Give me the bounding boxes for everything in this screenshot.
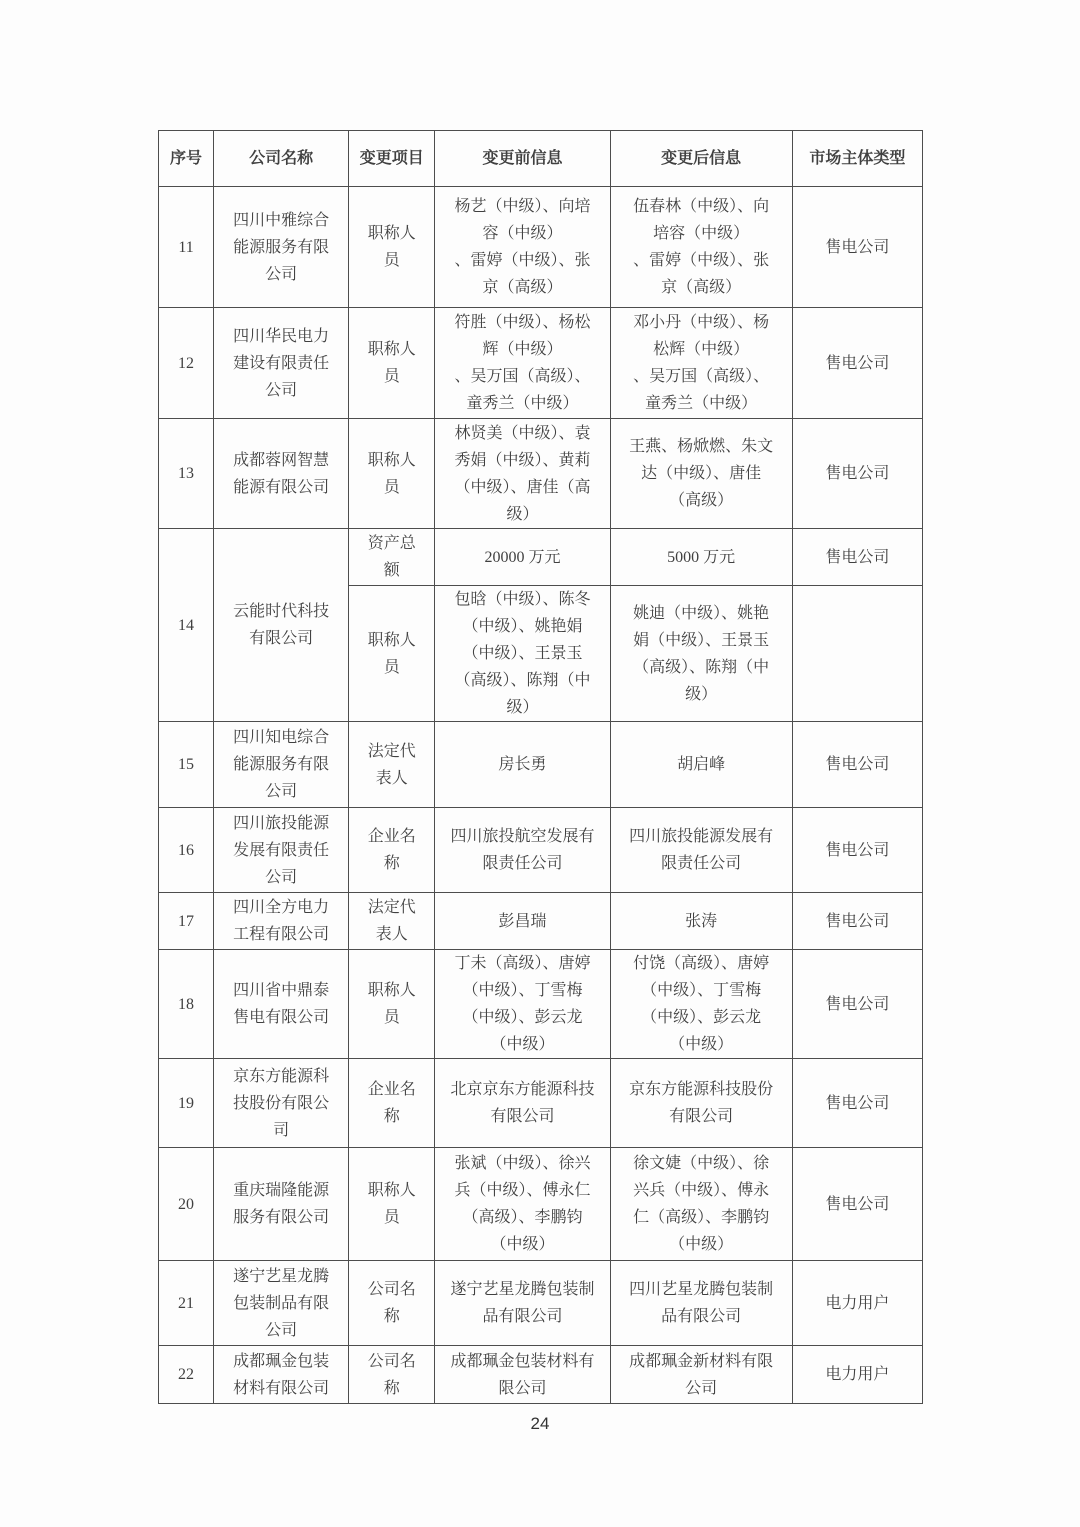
row-number: 12 (159, 308, 214, 419)
before-info-cell: 丁未（高级）、唐婷（中级）、丁雪梅（中级）、彭云龙（中级） (435, 950, 610, 1059)
company-name-cell: 京东方能源科技股份有限公司 (214, 1059, 349, 1148)
market-type-cell: 售电公司 (792, 1148, 922, 1261)
row-number: 18 (159, 950, 214, 1059)
company-name-cell: 成都珮金包装材料有限公司 (214, 1346, 349, 1404)
table-row: 13 成都蓉网智慧能源有限公司 职称人员 林贤美（中级）、袁秀娟（中级）、黄莉（… (159, 419, 923, 529)
header-market-type: 市场主体类型 (792, 131, 922, 187)
company-name-cell: 四川全方电力工程有限公司 (214, 893, 349, 950)
header-change-item: 变更项目 (349, 131, 435, 187)
after-info-cell: 伍春林（中级）、向培容（中级） 、雷婷（中级）、张京（高级） (610, 187, 792, 308)
table-header-row: 序号 公司名称 变更项目 变更前信息 变更后信息 市场主体类型 (159, 131, 923, 187)
table-row: 18 四川省中鼎泰售电有限公司 职称人员 丁未（高级）、唐婷（中级）、丁雪梅（中… (159, 950, 923, 1059)
row-number: 11 (159, 187, 214, 308)
market-type-cell: 售电公司 (792, 950, 922, 1059)
after-info-cell: 付饶（高级）、唐婷（中级）、丁雪梅（中级）、彭云龙（中级） (610, 950, 792, 1059)
before-info-cell: 四川旅投航空发展有限责任公司 (435, 808, 610, 893)
table-row: 20 重庆瑞隆能源服务有限公司 职称人员 张斌（中级）、徐兴兵（中级）、傅永仁（… (159, 1148, 923, 1261)
change-item-cell: 企业名称 (349, 808, 435, 893)
row-number: 22 (159, 1346, 214, 1404)
company-name-cell: 四川旅投能源发展有限责任公司 (214, 808, 349, 893)
market-type-cell: 售电公司 (792, 419, 922, 529)
market-type-cell: 售电公司 (792, 808, 922, 893)
change-item-cell: 职称人员 (349, 586, 435, 722)
table-row: 16 四川旅投能源发展有限责任公司 企业名称 四川旅投航空发展有限责任公司 四川… (159, 808, 923, 893)
after-info-cell: 张涛 (610, 893, 792, 950)
change-item-cell: 职称人员 (349, 187, 435, 308)
change-item-cell: 资产总额 (349, 529, 435, 586)
change-item-cell: 职称人员 (349, 308, 435, 419)
table-row: 11 四川中雅综合能源服务有限公司 职称人员 杨艺（中级）、向培容（中级） 、雷… (159, 187, 923, 308)
before-info-cell: 成都珮金包装材料有限公司 (435, 1346, 610, 1404)
table-row: 17 四川全方电力工程有限公司 法定代表人 彭昌瑞 张涛 售电公司 (159, 893, 923, 950)
market-type-cell: 售电公司 (792, 893, 922, 950)
row-number: 20 (159, 1148, 214, 1261)
before-info-cell: 遂宁艺星龙腾包装制品有限公司 (435, 1261, 610, 1346)
row-number: 17 (159, 893, 214, 950)
after-info-cell: 胡启峰 (610, 722, 792, 808)
after-info-cell: 5000 万元 (610, 529, 792, 586)
row-number: 16 (159, 808, 214, 893)
after-info-cell: 徐文婕（中级）、徐兴兵（中级）、傅永仁（高级）、李鹏钧（中级） (610, 1148, 792, 1261)
after-info-cell: 四川艺星龙腾包装制品有限公司 (610, 1261, 792, 1346)
change-item-cell: 职称人员 (349, 1148, 435, 1261)
change-item-cell: 公司名称 (349, 1261, 435, 1346)
before-info-cell: 林贤美（中级）、袁秀娟（中级）、黄莉（中级）、唐佳（高级） (435, 419, 610, 529)
before-info-cell: 房长勇 (435, 722, 610, 808)
row-number: 13 (159, 419, 214, 529)
market-type-cell: 电力用户 (792, 1346, 922, 1404)
change-item-cell: 法定代表人 (349, 893, 435, 950)
before-info-cell: 北京京东方能源科技有限公司 (435, 1059, 610, 1148)
market-type-cell: 售电公司 (792, 529, 922, 586)
change-table: 序号 公司名称 变更项目 变更前信息 变更后信息 市场主体类型 11 四川中雅综… (158, 130, 923, 1404)
before-info-cell: 杨艺（中级）、向培容（中级） 、雷婷（中级）、张京（高级） (435, 187, 610, 308)
header-before-info: 变更前信息 (435, 131, 610, 187)
header-company: 公司名称 (214, 131, 349, 187)
company-name-cell: 四川中雅综合能源服务有限公司 (214, 187, 349, 308)
company-name-cell: 云能时代科技有限公司 (214, 529, 349, 722)
before-info-cell: 彭昌瑞 (435, 893, 610, 950)
market-type-cell: 售电公司 (792, 308, 922, 419)
table-row: 12 四川华民电力建设有限责任公司 职称人员 符胜（中级）、杨松辉（中级） 、吴… (159, 308, 923, 419)
page-number: 24 (0, 1414, 1080, 1434)
after-info-cell: 成都珮金新材料有限公司 (610, 1346, 792, 1404)
market-type-cell: 售电公司 (792, 722, 922, 808)
after-info-cell: 邓小丹（中级）、杨松辉（中级） 、吴万国（高级）、 童秀兰（中级） (610, 308, 792, 419)
after-info-cell: 京东方能源科技股份有限公司 (610, 1059, 792, 1148)
table-row: 15 四川知电综合能源服务有限公司 法定代表人 房长勇 胡启峰 售电公司 (159, 722, 923, 808)
table-row: 22 成都珮金包装材料有限公司 公司名称 成都珮金包装材料有限公司 成都珮金新材… (159, 1346, 923, 1404)
table-row: 19 京东方能源科技股份有限公司 企业名称 北京京东方能源科技有限公司 京东方能… (159, 1059, 923, 1148)
before-info-cell: 张斌（中级）、徐兴兵（中级）、傅永仁（高级）、李鹏钧（中级） (435, 1148, 610, 1261)
after-info-cell: 王燕、杨焮燃、朱文达（中级）、唐佳（高级） (610, 419, 792, 529)
market-type-cell (792, 586, 922, 722)
table-row: 21 遂宁艺星龙腾包装制品有限公司 公司名称 遂宁艺星龙腾包装制品有限公司 四川… (159, 1261, 923, 1346)
before-info-cell: 20000 万元 (435, 529, 610, 586)
company-name-cell: 四川省中鼎泰售电有限公司 (214, 950, 349, 1059)
market-type-cell: 电力用户 (792, 1261, 922, 1346)
change-item-cell: 职称人员 (349, 950, 435, 1059)
change-item-cell: 法定代表人 (349, 722, 435, 808)
before-info-cell: 符胜（中级）、杨松辉（中级） 、吴万国（高级）、 童秀兰（中级） (435, 308, 610, 419)
row-number: 15 (159, 722, 214, 808)
company-name-cell: 重庆瑞隆能源服务有限公司 (214, 1148, 349, 1261)
change-item-cell: 职称人员 (349, 419, 435, 529)
market-type-cell: 售电公司 (792, 187, 922, 308)
after-info-cell: 四川旅投能源发展有限责任公司 (610, 808, 792, 893)
market-type-cell: 售电公司 (792, 1059, 922, 1148)
document-page: 序号 公司名称 变更项目 变更前信息 变更后信息 市场主体类型 11 四川中雅综… (0, 0, 1080, 1527)
company-name-cell: 四川知电综合能源服务有限公司 (214, 722, 349, 808)
row-number: 14 (159, 529, 214, 722)
company-name-cell: 成都蓉网智慧能源有限公司 (214, 419, 349, 529)
change-item-cell: 企业名称 (349, 1059, 435, 1148)
company-name-cell: 遂宁艺星龙腾包装制品有限公司 (214, 1261, 349, 1346)
header-after-info: 变更后信息 (610, 131, 792, 187)
before-info-cell: 包晗（中级）、陈冬（中级）、姚艳娟（中级）、王景玉（高级）、陈翔（中级） (435, 586, 610, 722)
change-item-cell: 公司名称 (349, 1346, 435, 1404)
row-number: 21 (159, 1261, 214, 1346)
table-row: 14 云能时代科技有限公司 资产总额 20000 万元 5000 万元 售电公司 (159, 529, 923, 586)
after-info-cell: 姚迪（中级）、姚艳娟（中级）、王景玉（高级）、陈翔（中级） (610, 586, 792, 722)
company-name-cell: 四川华民电力建设有限责任公司 (214, 308, 349, 419)
header-seq: 序号 (159, 131, 214, 187)
row-number: 19 (159, 1059, 214, 1148)
